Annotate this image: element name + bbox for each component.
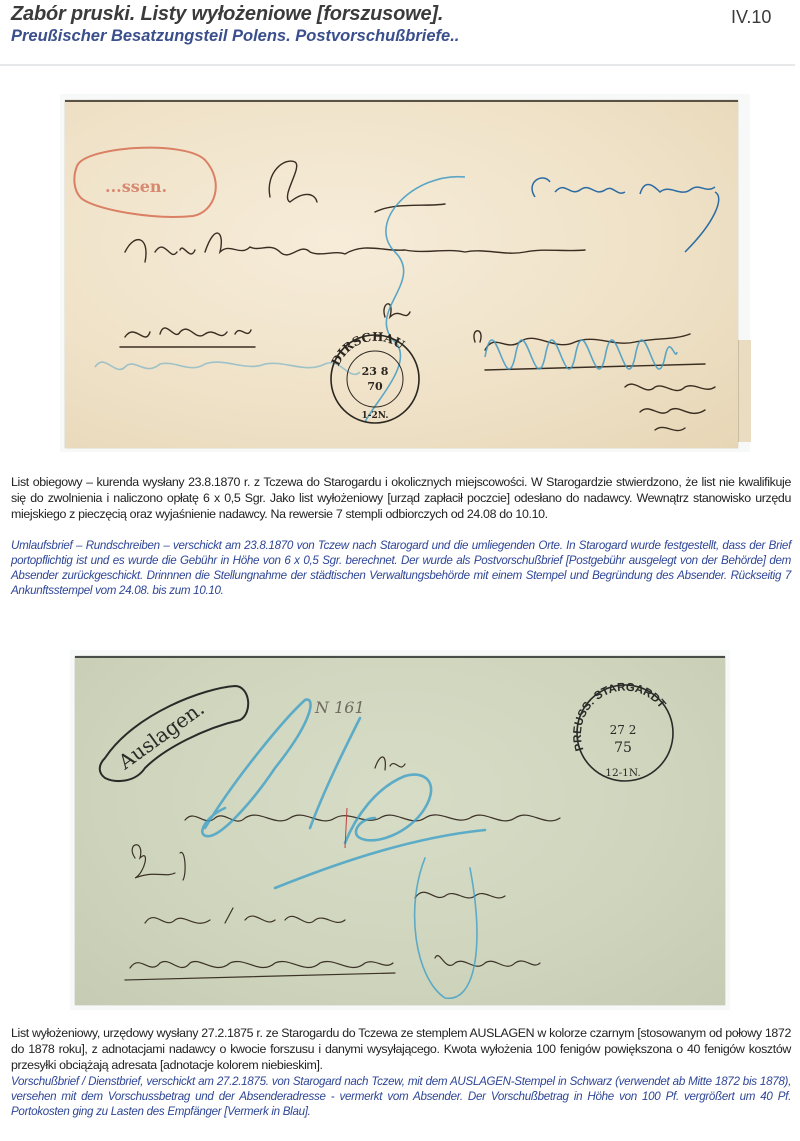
registry-number: N 161 bbox=[314, 698, 365, 717]
blue-ink-couvert-retour bbox=[532, 178, 719, 252]
svg-text:23 8: 23 8 bbox=[362, 365, 389, 378]
envelope-1-image: ...ssen. bbox=[65, 100, 738, 448]
handwriting bbox=[125, 757, 560, 980]
svg-text:1-2N.: 1-2N. bbox=[361, 411, 388, 421]
svg-text:75: 75 bbox=[614, 740, 632, 756]
svg-text:12-1N.: 12-1N. bbox=[605, 767, 640, 779]
svg-text:DIRSCHAU: DIRSCHAU bbox=[329, 330, 408, 368]
blue-crayon-amount bbox=[202, 700, 485, 999]
caption-1-german: Umlaufsbrief – Rundschreiben – verschick… bbox=[11, 538, 791, 598]
red-oval-stamp: ...ssen. bbox=[74, 148, 215, 217]
envelope-1-markings: ...ssen. bbox=[65, 102, 738, 448]
svg-text:...ssen.: ...ssen. bbox=[105, 177, 167, 196]
page-title: Zabór pruski. Listy wyłożeniowe [forszus… bbox=[11, 3, 443, 26]
svg-text:27 2: 27 2 bbox=[610, 723, 637, 737]
preuss-stargardt-postmark: PREUSS: STARGARDT 27 2 75 12-1N. bbox=[572, 681, 673, 781]
auslagen-frame-stamp: Auslagen. bbox=[100, 686, 248, 781]
envelope-2-markings: Auslagen. N 161 PREUSS: STARGARDT 27 2 7… bbox=[75, 658, 725, 1005]
blue-crayon-marks bbox=[95, 177, 677, 422]
envelope-2-image: Auslagen. N 161 PREUSS: STARGARDT 27 2 7… bbox=[75, 656, 725, 1005]
page-number: IV.10 bbox=[731, 7, 771, 28]
header-separator bbox=[0, 64, 795, 66]
caption-2-german: Vorschußbrief / Dienstbrief, verschickt … bbox=[11, 1074, 791, 1119]
page-subtitle: Preußischer Besatzungsteil Polens. Postv… bbox=[11, 27, 459, 46]
caption-2-polish: List wyłożeniowy, urzędowy wysłany 27.2.… bbox=[11, 1025, 791, 1073]
svg-text:70: 70 bbox=[367, 380, 383, 393]
envelope-1-flap bbox=[738, 340, 751, 442]
caption-1-polish: List obiegowy – kurenda wysłany 23.8.187… bbox=[11, 474, 791, 522]
